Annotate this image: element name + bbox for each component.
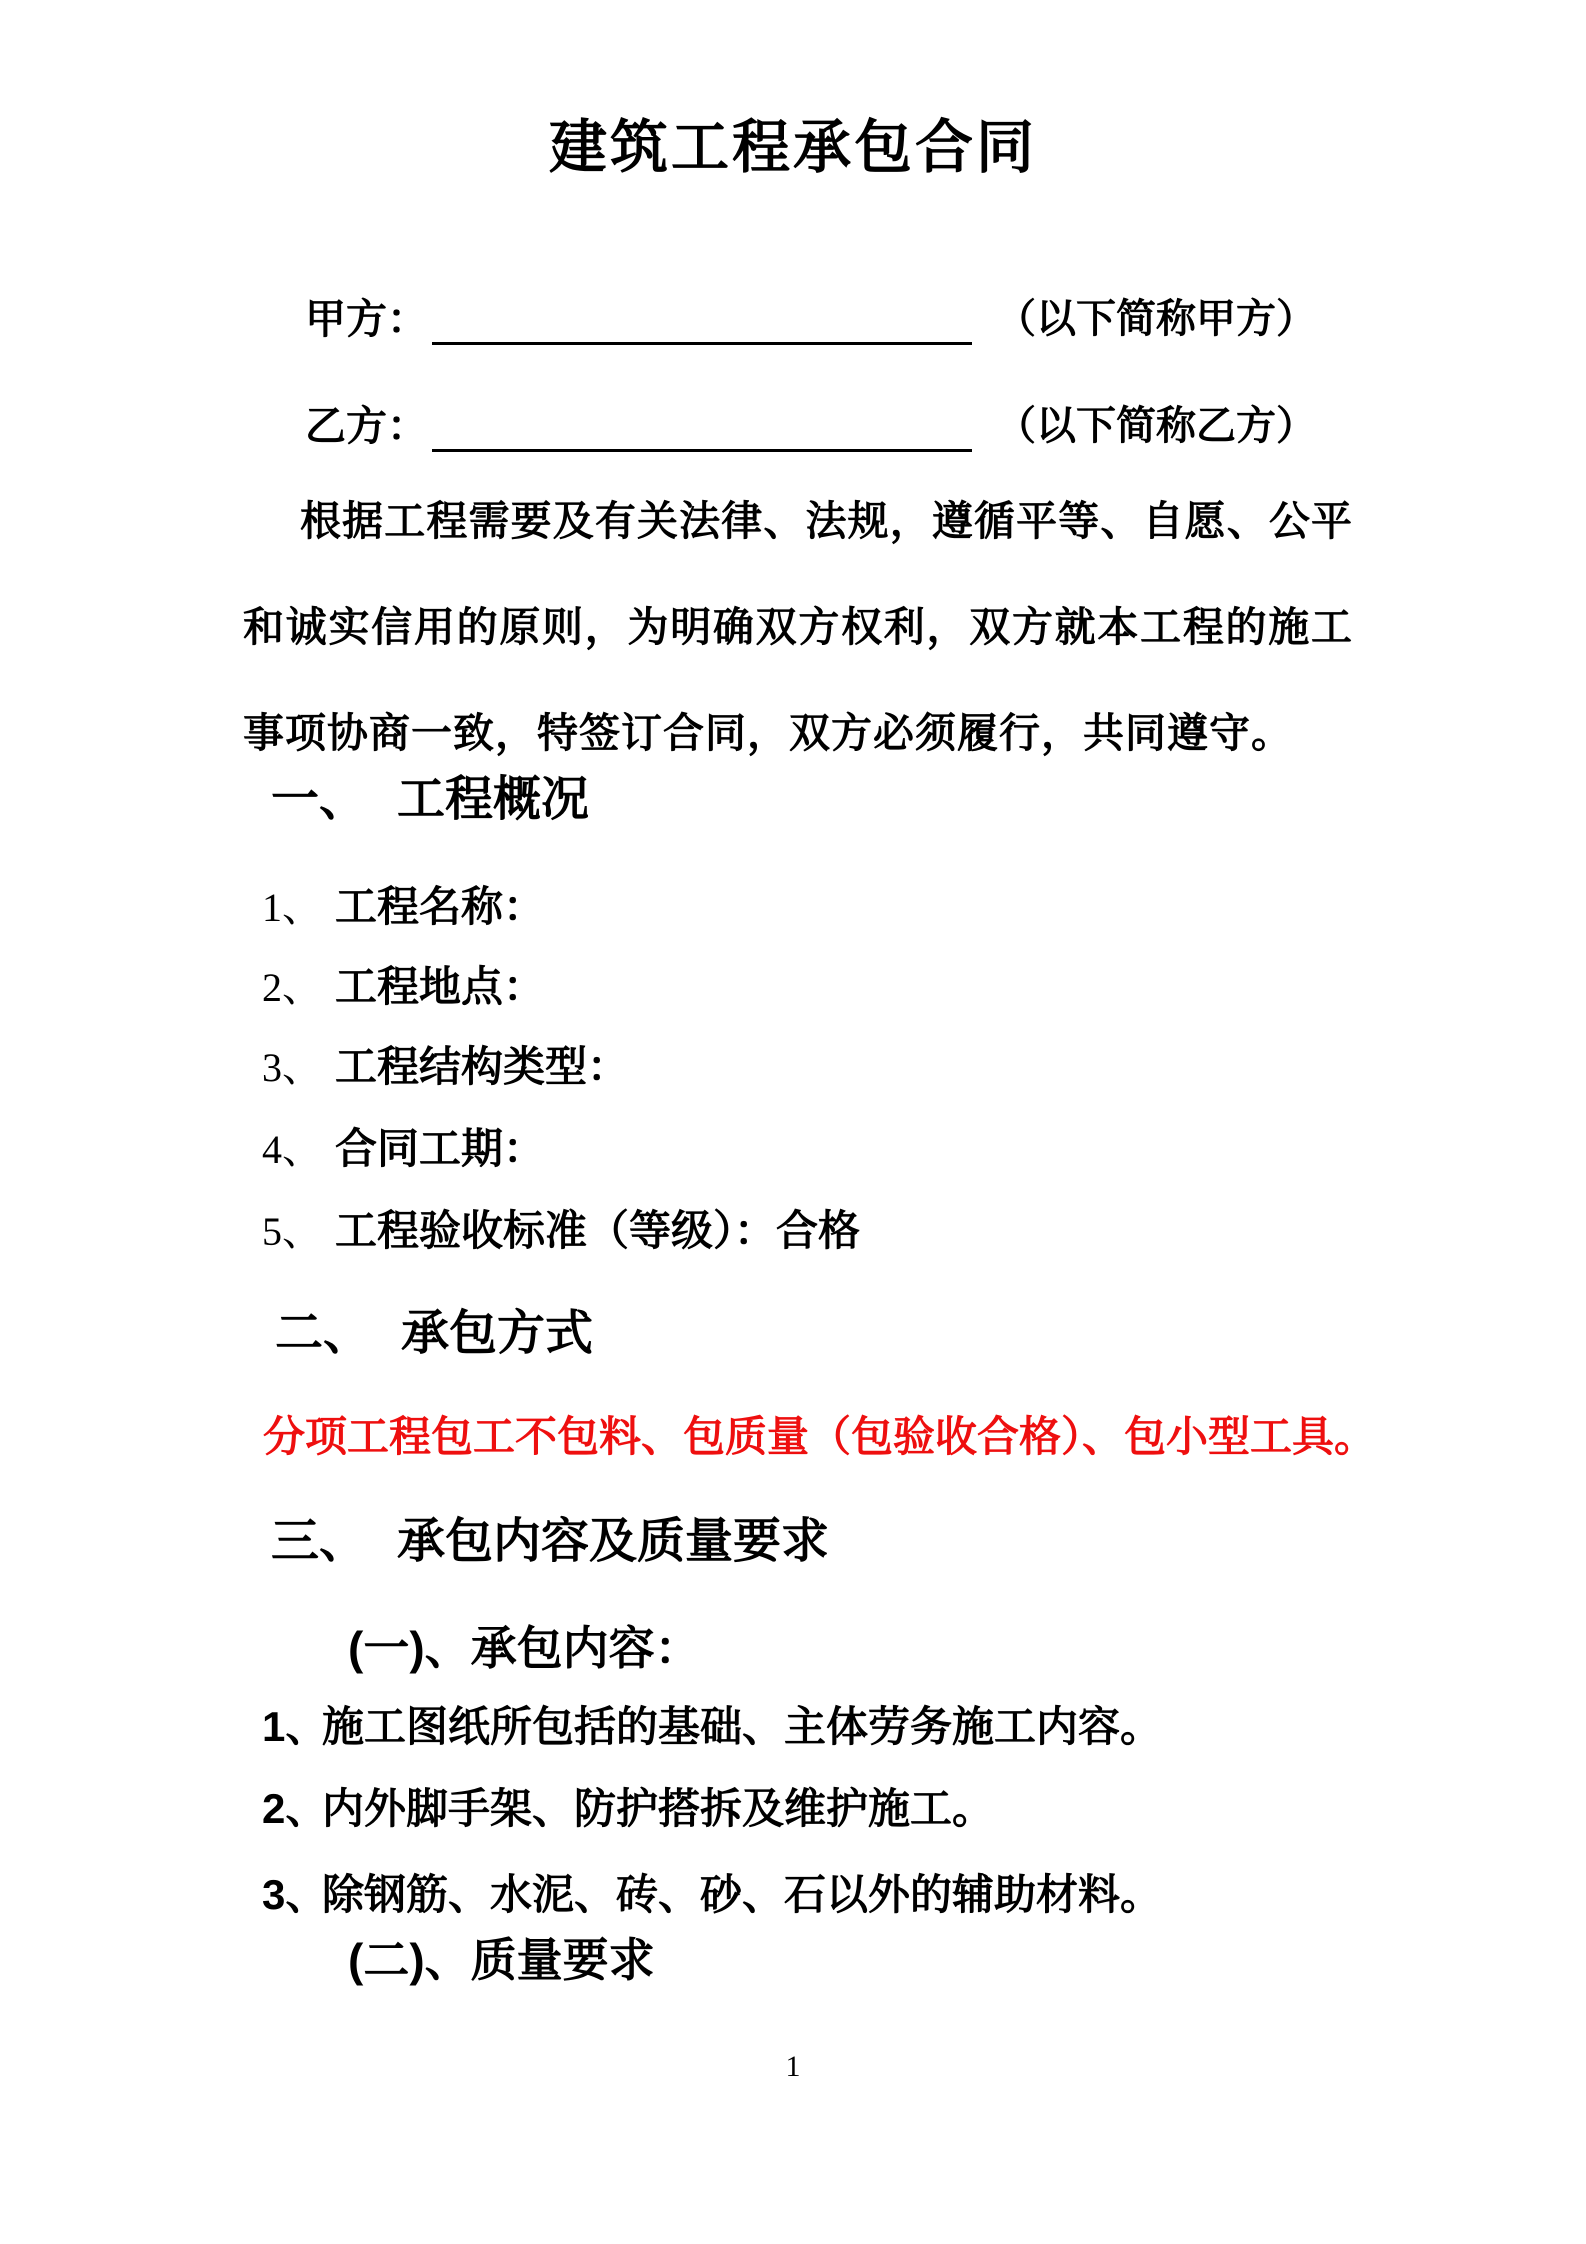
content-item-3-text: 除钢筋、水泥、砖、砂、石以外的辅助材料。 [322, 1862, 1162, 1922]
content-item-3: 3、 除钢筋、水泥、砖、砂、石以外的辅助材料。 [262, 1862, 1162, 1922]
overview-item-1: 1、 工程名称： [262, 874, 545, 934]
section-content-title: 承包内容及质量要求 [397, 1515, 829, 1568]
content-item-2-text: 内外脚手架、防护搭拆及维护施工。 [322, 1776, 994, 1836]
section-overview-number: 一、 [271, 773, 367, 826]
party-b-suffix: （以下简称乙方） [996, 400, 1316, 452]
section-heading-overview: 一、工程概况 [271, 760, 589, 829]
overview-item-1-label: 工程名称： [335, 874, 545, 934]
party-b-row: 乙方： （以下简称乙方） [305, 399, 1316, 452]
content-item-1-number: 1、 [262, 1694, 322, 1754]
party-b-fill-in-line [432, 399, 972, 452]
preamble-paragraph: 根据工程需要及有关法律、法规，遵循平等、自愿、公平和诚实信用的原则，为明确双方权… [243, 468, 1353, 786]
section-overview-title: 工程概况 [397, 773, 589, 826]
content-item-3-number: 3、 [262, 1862, 322, 1922]
overview-item-4-label: 合同工期： [335, 1116, 545, 1176]
subsection-a-heading: (一)、承包内容： [348, 1612, 701, 1678]
content-item-1-text: 施工图纸所包括的基础、主体劳务施工内容。 [322, 1694, 1162, 1754]
overview-item-5-label: 工程验收标准（等级）：合格 [335, 1198, 860, 1258]
party-a-row: 甲方： （以下简称甲方） [305, 292, 1316, 345]
document-title: 建筑工程承包合同 [0, 100, 1586, 184]
overview-item-2-number: 2、 [262, 956, 335, 1013]
section-mode-number: 二、 [275, 1307, 371, 1360]
overview-item-1-number: 1、 [262, 876, 335, 933]
contract-document-page: 建筑工程承包合同 甲方： （以下简称甲方） 乙方： （以下简称乙方） 根据工程需… [0, 0, 1586, 2244]
overview-item-4: 4、 合同工期： [262, 1116, 545, 1176]
overview-item-2: 2、 工程地点： [262, 954, 545, 1014]
party-a-label: 甲方： [305, 293, 428, 345]
contract-mode-red-note: 分项工程包工不包料、包质量（包验收合格）、包小型工具。 [263, 1404, 1376, 1464]
page-number: 1 [0, 2050, 1586, 2084]
party-b-label: 乙方： [305, 400, 428, 452]
overview-item-5-number: 5、 [262, 1200, 335, 1257]
overview-item-5: 5、 工程验收标准（等级）：合格 [262, 1198, 860, 1258]
overview-item-2-label: 工程地点： [335, 954, 545, 1014]
section-heading-mode: 二、承包方式 [275, 1294, 593, 1363]
section-mode-title: 承包方式 [401, 1307, 593, 1360]
section-content-number: 三、 [271, 1515, 367, 1568]
overview-item-4-number: 4、 [262, 1118, 335, 1175]
party-a-fill-in-line [432, 292, 972, 345]
content-item-1: 1、 施工图纸所包括的基础、主体劳务施工内容。 [262, 1694, 1162, 1754]
content-item-2-number: 2、 [262, 1776, 322, 1836]
overview-item-3-label: 工程结构类型： [335, 1034, 629, 1094]
party-a-suffix: （以下简称甲方） [996, 293, 1316, 345]
section-heading-content: 三、承包内容及质量要求 [271, 1502, 829, 1571]
overview-item-3: 3、 工程结构类型： [262, 1034, 629, 1094]
overview-item-3-number: 3、 [262, 1036, 335, 1093]
subsection-b-heading: (二)、质量要求 [348, 1924, 655, 1990]
content-item-2: 2、 内外脚手架、防护搭拆及维护施工。 [262, 1776, 994, 1836]
